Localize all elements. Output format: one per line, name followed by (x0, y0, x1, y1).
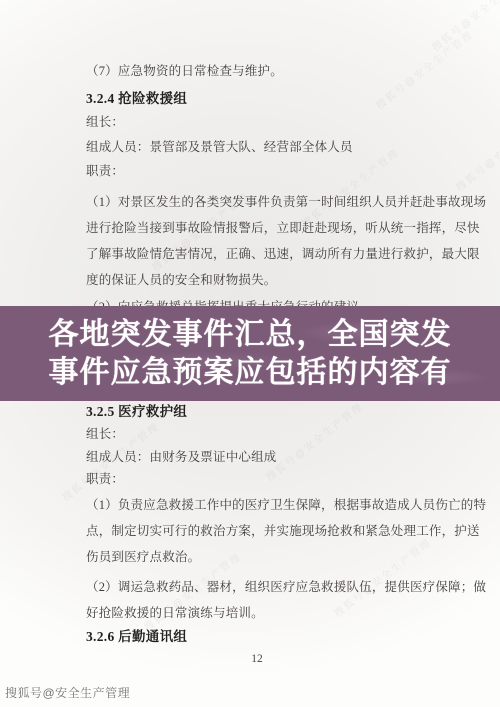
banner-title-line-1: 各地突发事件汇总，全国突发 (49, 316, 452, 354)
page-number: 12 (72, 653, 442, 665)
doc-line: 进行抢险当接到事故险情报警后，立即赶赴现场，听从统一指挥，尽快 (86, 215, 456, 241)
section-heading-3-2-6: 3.2.6 后勤通讯组 (86, 628, 456, 645)
banner-title-line-2: 事件应急预案应包括的内容有 (49, 354, 452, 392)
doc-line: （1）对景区发生的各类突发事件负责第一时间组织人员并赶赴事故现场 (86, 189, 456, 215)
duty-paragraph-2: （2）调运急救药品、器材，组织医疗应急救援队伍，提供医疗保障；做 好抢险救援的日… (86, 574, 456, 626)
doc-line: 点，制定切实可行的救治方案，并实施现场抢救和紧急处理工作，护送 (86, 518, 456, 544)
duty-paragraph-1: （1）负责应急救援工作中的医疗卫生保障，根据事故造成人员伤亡的特 点，制定切实可… (86, 492, 456, 570)
document-content-top: （7）应急物资的日常检查与维护。 3.2.4 抢险救援组 组长： 组成人员：景管… (0, 0, 500, 315)
duty-paragraph-1: （1）对景区发生的各类突发事件负责第一时间组织人员并赶赴事故现场 进行抢险当接到… (86, 189, 456, 293)
section-heading-3-2-5: 3.2.5 医疗救护组 (86, 403, 456, 420)
overlay-banner: 各地突发事件汇总，全国突发 事件应急预案应包括的内容有 (0, 306, 500, 401)
duties-label: 职责： (86, 471, 456, 487)
members-line: 组成人员：景管部及景管大队、经营部全体人员 (86, 139, 456, 155)
document-content-bottom: 3.2.5 医疗救护组 组长： 组成人员：由财务及票证中心组成 职责： （1）负… (0, 403, 500, 645)
section-heading-3-2-4: 3.2.4 抢险救援组 (86, 90, 456, 107)
leader-label: 组长： (86, 426, 456, 442)
doc-line: 好抢险救援的日常演练与培训。 (86, 600, 456, 626)
doc-line: （1）负责应急救援工作中的医疗卫生保障，根据事故造成人员伤亡的特 (86, 492, 456, 518)
footer-watermark: 搜狐号@安全生产管理 (5, 684, 130, 701)
doc-line: 伤员到医疗点救治。 (86, 544, 456, 570)
doc-line: （2）调运急救药品、器材，组织医疗应急救援队伍，提供医疗保障；做 (86, 574, 456, 600)
doc-line-intro: （7）应急物资的日常检查与维护。 (86, 63, 456, 79)
document-page: 搜狐号@安全生产管理 搜狐号@安全生产管理 搜狐号@安全生产管理 搜狐号@安全生… (0, 0, 500, 707)
leader-label: 组长： (86, 114, 456, 130)
doc-line: 了解事故险情危害情况，正确、迅速，调动所有力量进行救护，最大限 (86, 241, 456, 267)
members-line: 组成人员：由财务及票证中心组成 (86, 449, 456, 465)
duties-label: 职责： (86, 163, 456, 179)
doc-line: 度的保证人员的安全和财物损失。 (86, 267, 456, 293)
